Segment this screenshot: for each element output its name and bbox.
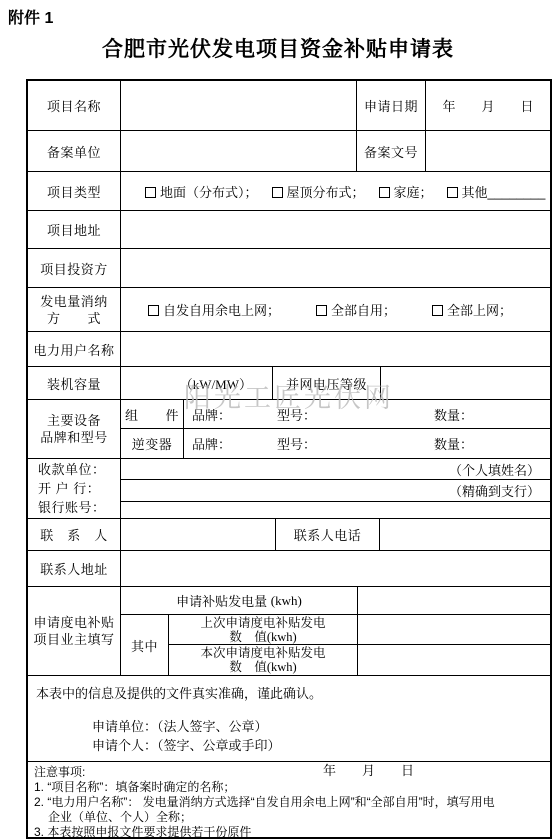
project-name-label: 项目名称 xyxy=(28,81,121,130)
consumption-option-self-surplus: 自发自用余电上网； xyxy=(148,300,280,319)
project-address-value-cell xyxy=(121,211,550,248)
document-page: 附件 1 合肥市光伏发电项目资金补贴申请表 阳光工匠光伏网 项目名称 申请日期 … xyxy=(0,0,556,839)
page-title: 合肥市光伏发电项目资金补贴申请表 xyxy=(0,33,556,63)
contact-address-value-cell xyxy=(121,551,550,586)
inverter-name: 逆变器 xyxy=(121,429,184,458)
bank-account-value-cell xyxy=(121,502,550,518)
inverter-detail-cell: 品牌： 型号： 数量： xyxy=(184,429,550,458)
option-label: 屋顶分布式； xyxy=(287,185,365,200)
row-notes: 注意事项: 1. “项目名称”：填备案时确定的名称； 2. “电力用户名称”： … xyxy=(28,762,550,837)
payee-unit-hint: （个人填姓名） xyxy=(121,459,550,479)
checkbox-icon xyxy=(148,305,159,316)
module-detail-cell: 品牌： 型号： 数量： xyxy=(184,400,550,428)
row-project-name: 项目名称 申请日期 年 月 日 xyxy=(28,81,550,131)
project-investor-label: 项目投资方 xyxy=(28,249,121,287)
project-type-option-ground: 地面（分布式）； xyxy=(145,182,258,201)
checkbox-icon xyxy=(145,187,156,198)
consumption-mode-options: 自发自用余电上网； 全部自用； 全部上网； xyxy=(121,288,550,331)
grid-voltage-value-cell xyxy=(381,367,550,399)
notes-title: 注意事项: xyxy=(34,765,544,780)
subsidy-among-row: 其中 上次申请度电补贴发电 数 值(kwh) 本次申请度电补贴发电 xyxy=(121,615,550,675)
payee-value-rows: （个人填姓名） （精确到支行） xyxy=(121,459,550,518)
project-type-option-other: 其他________ xyxy=(447,182,546,201)
prev-subsidy-line2-text: 数 值 xyxy=(229,630,267,644)
inverter-model-label: 型号： xyxy=(277,434,316,453)
project-type-option-roof: 屋顶分布式； xyxy=(272,182,365,201)
payee-unit-label: 收款单位： xyxy=(38,460,106,479)
row-project-investor: 项目投资方 xyxy=(28,249,550,288)
curr-subsidy-row: 本次申请度电补贴发电 数 值(kwh) xyxy=(169,645,550,675)
row-payee-bank: 收款单位： 开 户 行： 银行账号： （个人填姓名） （精确到支行） xyxy=(28,459,550,519)
contact-value-cell xyxy=(121,519,276,550)
installed-capacity-label: 装机容量 xyxy=(28,367,121,399)
grid-voltage-label: 并网电压等级 xyxy=(273,367,381,399)
prev-subsidy-line2: 数 值(kwh) xyxy=(229,630,296,644)
checkbox-icon xyxy=(272,187,283,198)
opening-bank-label: 开 户 行： xyxy=(38,479,100,498)
inverter-brand-label: 品牌： xyxy=(192,434,231,453)
payee-label-block: 收款单位： 开 户 行： 银行账号： xyxy=(28,459,121,518)
note-item-2-continued: 企业（单位、个人）全称； xyxy=(34,810,544,825)
checkbox-icon xyxy=(316,305,327,316)
apply-date-label: 申请日期 xyxy=(357,81,426,130)
record-unit-label: 备案单位 xyxy=(28,131,121,171)
note-item-1: 1. “项目名称”：填备案时确定的名称； xyxy=(34,780,544,795)
row-confirmation: 本表中的信息及提供的文件真实准确，谨此确认。 申请单位：（法人签字、公章） 申请… xyxy=(28,676,550,762)
prev-subsidy-value-cell xyxy=(358,615,550,644)
among-label: 其中 xyxy=(121,615,169,675)
row-contact-address: 联系人地址 xyxy=(28,551,550,587)
apply-date-value-cell: 年 月 日 xyxy=(426,81,550,130)
project-address-label: 项目地址 xyxy=(28,211,121,248)
project-type-option-family: 家庭； xyxy=(379,182,433,201)
confirmation-unit-sign: 申请单位：（法人签字、公章） xyxy=(92,717,542,736)
curr-subsidy-value-cell xyxy=(358,645,550,675)
prev-subsidy-line1: 上次申请度电补贴发电 xyxy=(200,616,325,630)
equipment-row-inverter: 逆变器 品牌： 型号： 数量： xyxy=(121,429,550,458)
contact-label: 联 系 人 xyxy=(28,519,121,550)
checkbox-icon xyxy=(379,187,390,198)
subsidy-total-unit: (kwh) xyxy=(271,593,302,609)
row-project-type: 项目类型 地面（分布式）； 屋顶分布式； 家庭； 其他________ xyxy=(28,172,550,211)
module-qty-label: 数量： xyxy=(434,405,473,424)
opening-bank-hint: （精确到支行） xyxy=(121,480,550,501)
option-label: 自发自用余电上网； xyxy=(163,303,280,318)
consumption-mode-label-line1: 发电量消纳 xyxy=(40,293,108,310)
project-type-options: 地面（分布式）； 屋顶分布式； 家庭； 其他________ xyxy=(121,172,550,210)
option-label: 地面（分布式）； xyxy=(160,185,258,200)
installed-capacity-unit: （kW/MW） xyxy=(121,367,273,399)
record-doc-no-value-cell xyxy=(426,131,550,171)
curr-subsidy-line2: 数 值(kwh) xyxy=(229,660,296,674)
row-project-address: 项目地址 xyxy=(28,211,550,249)
bank-account-label: 银行账号： xyxy=(38,498,106,517)
consumption-mode-label: 发电量消纳 方 式 xyxy=(28,288,121,331)
power-user-name-value-cell xyxy=(121,332,550,366)
record-doc-no-label: 备案文号 xyxy=(357,131,426,171)
payee-unit-row: （个人填姓名） xyxy=(121,459,550,480)
row-main-equipment: 主要设备 品牌和型号 组 件 品牌： 型号： 数量： 逆变器 品牌： 型号 xyxy=(28,400,550,459)
option-label: 家庭； xyxy=(394,185,433,200)
project-investor-value-cell xyxy=(121,249,550,287)
row-installed-capacity: 装机容量 （kW/MW） 并网电压等级 xyxy=(28,367,550,400)
option-label: 全部自用； xyxy=(331,303,396,318)
consumption-mode-label-line2: 方 式 xyxy=(47,310,101,327)
consumption-option-all-self: 全部自用； xyxy=(316,300,396,319)
inverter-qty-label: 数量： xyxy=(434,434,473,453)
main-equipment-label-line1: 主要设备 xyxy=(47,412,101,429)
row-contact: 联 系 人 联系人电话 xyxy=(28,519,550,551)
consumption-option-all-grid: 全部上网； xyxy=(432,300,512,319)
subsidy-total-label: 申请补贴发电量 (kwh) xyxy=(121,587,358,614)
option-label: 其他________ xyxy=(462,185,546,200)
main-equipment-label: 主要设备 品牌和型号 xyxy=(28,400,121,458)
module-model-label: 型号： xyxy=(277,405,316,424)
curr-subsidy-line2-text: 数 值 xyxy=(229,660,267,674)
main-equipment-rows: 组 件 品牌： 型号： 数量： 逆变器 品牌： 型号： 数量： xyxy=(121,400,550,458)
checkbox-icon xyxy=(432,305,443,316)
subsidy-total-value-cell xyxy=(358,587,550,614)
main-equipment-label-line2: 品牌和型号 xyxy=(40,429,108,446)
equipment-row-module: 组 件 品牌： 型号： 数量： xyxy=(121,400,550,429)
power-user-name-label: 电力用户名称 xyxy=(28,332,121,366)
confirmation-statement: 本表中的信息及提供的文件真实准确，谨此确认。 xyxy=(36,683,542,702)
row-record-unit: 备案单位 备案文号 xyxy=(28,131,550,172)
module-brand-label: 品牌： xyxy=(192,405,231,424)
subsidy-total-text: 申请补贴发电量 xyxy=(176,591,267,610)
contact-phone-label: 联系人电话 xyxy=(276,519,380,550)
row-subsidy: 申请度电补贴 项目业主填写 申请补贴发电量 (kwh) 其中 上次申请度电补贴发… xyxy=(28,587,550,676)
contact-phone-value-cell xyxy=(380,519,550,550)
prev-subsidy-row: 上次申请度电补贴发电 数 值(kwh) xyxy=(169,615,550,645)
curr-subsidy-unit: (kwh) xyxy=(267,660,297,674)
prev-subsidy-unit: (kwh) xyxy=(267,630,297,644)
subsidy-label-line1: 申请度电补贴 xyxy=(33,614,114,631)
project-type-label: 项目类型 xyxy=(28,172,121,210)
attachment-label: 附件 1 xyxy=(8,5,53,28)
note-item-3: 3. 本表按照申报文件要求提供若干份原件 xyxy=(34,825,544,839)
row-power-user-name: 电力用户名称 xyxy=(28,332,550,367)
project-name-value-cell xyxy=(121,81,357,130)
curr-subsidy-line1: 本次申请度电补贴发电 xyxy=(200,646,325,660)
row-consumption-mode: 发电量消纳 方 式 自发自用余电上网； 全部自用； 全部上网； xyxy=(28,288,550,332)
bank-account-row xyxy=(121,502,550,518)
prev-subsidy-label: 上次申请度电补贴发电 数 值(kwh) xyxy=(169,615,358,644)
checkbox-icon xyxy=(447,187,458,198)
subsidy-label-line2: 项目业主填写 xyxy=(33,631,114,648)
note-item-2: 2. “电力用户名称”： 发电量消纳方式选择“自发自用余电上网”和“全部自用”时… xyxy=(34,795,544,810)
option-label: 全部上网； xyxy=(447,303,512,318)
record-unit-value-cell xyxy=(121,131,357,171)
confirmation-personal-sign: 申请个人：（签字、公章或手印） xyxy=(92,736,542,755)
opening-bank-row: （精确到支行） xyxy=(121,480,550,502)
subsidy-label: 申请度电补贴 项目业主填写 xyxy=(28,587,121,675)
subsidy-rows: 申请补贴发电量 (kwh) 其中 上次申请度电补贴发电 数 值(kwh) xyxy=(121,587,550,675)
module-name: 组 件 xyxy=(121,400,184,428)
application-form-table: 项目名称 申请日期 年 月 日 备案单位 备案文号 项目类型 地面（分布式）； … xyxy=(26,79,552,839)
curr-subsidy-label: 本次申请度电补贴发电 数 值(kwh) xyxy=(169,645,358,675)
subsidy-total-row: 申请补贴发电量 (kwh) xyxy=(121,587,550,615)
among-rows: 上次申请度电补贴发电 数 值(kwh) 本次申请度电补贴发电 数 值(kwh) xyxy=(169,615,550,675)
contact-address-label: 联系人地址 xyxy=(28,551,121,586)
